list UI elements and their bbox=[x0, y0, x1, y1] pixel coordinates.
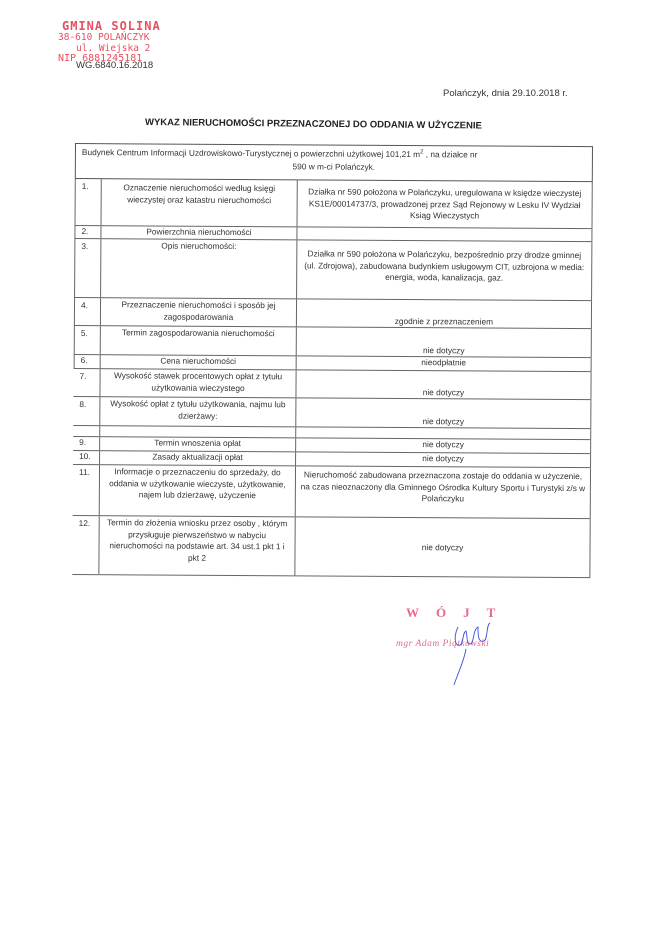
row-number: 8. bbox=[73, 397, 100, 425]
row-number: 7. bbox=[73, 369, 100, 396]
row-value: nie dotyczy bbox=[297, 327, 592, 357]
table-row: 5. Termin zagospodarowania nieruchomości… bbox=[74, 326, 592, 358]
row-label: Termin wnoszenia opłat bbox=[100, 437, 296, 451]
row-label-empty bbox=[100, 426, 296, 437]
row-value: Działka nr 590 położona w Polańczyku, be… bbox=[297, 240, 592, 300]
row-value: zgodnie z przeznaczeniem bbox=[297, 299, 592, 328]
stamp-line-2: 38-610 POLAŃCZYK bbox=[58, 33, 150, 43]
reference-number: WG.6840.16.2018 bbox=[76, 60, 153, 71]
row-label: Termin do złożenia wniosku przez osoby ,… bbox=[99, 516, 295, 575]
table-row: 1. Oznaczenie nieruchomości według księg… bbox=[74, 179, 592, 229]
header-text-post: , na działce nr bbox=[423, 149, 477, 159]
row-number: 9. bbox=[73, 437, 100, 450]
row-value bbox=[297, 227, 592, 241]
row-label: Powierzchnia nieruchomości bbox=[101, 226, 297, 239]
signature-block: WÓJT mgr Adam Piątkowski bbox=[396, 605, 566, 685]
property-description-header: Budynek Centrum Informacji Uzdrowiskowo-… bbox=[75, 143, 593, 182]
row-value: nie dotyczy bbox=[296, 438, 591, 453]
row-label: Zasady aktualizacji opłat bbox=[100, 451, 296, 465]
row-number: 1. bbox=[74, 179, 101, 225]
row-value: nieodpłatnie bbox=[297, 356, 592, 371]
row-label: Oznaczenie nieruchomości według księgi w… bbox=[101, 179, 297, 226]
table-row: 3. Opis nieruchomości: Działka nr 590 po… bbox=[74, 239, 592, 301]
row-number: 5. bbox=[74, 326, 101, 354]
row-number: 4. bbox=[74, 298, 101, 325]
property-table: Budynek Centrum Informacji Uzdrowiskowo-… bbox=[72, 143, 593, 578]
row-label: Termin zagospodarowania nieruchomości bbox=[101, 326, 297, 355]
table-row: 4. Przeznaczenie nieruchomości i sposób … bbox=[74, 298, 592, 329]
row-number: 6. bbox=[74, 355, 101, 368]
row-number: 10. bbox=[73, 451, 100, 464]
row-value: nie dotyczy bbox=[296, 398, 591, 428]
place-date: Polańczyk, dnia 29.10.2018 r. bbox=[443, 88, 568, 99]
row-value: Działka nr 590 położona w Polańczyku, ur… bbox=[297, 180, 592, 228]
table-row: 12. Termin do złożenia wniosku przez oso… bbox=[72, 516, 590, 578]
table-row: 7. Wysokość stawek procentowych opłat z … bbox=[73, 369, 591, 400]
row-number: 11. bbox=[73, 465, 100, 515]
table-rows: 1. Oznaczenie nieruchomości według księg… bbox=[72, 179, 592, 578]
row-value-empty bbox=[296, 427, 591, 439]
header-line-2: 590 w m-ci Polańczyk. bbox=[82, 159, 586, 175]
row-number: 3. bbox=[74, 239, 101, 297]
row-label: Wysokość opłat z tytułu użytkowania, naj… bbox=[100, 397, 296, 426]
row-number: 12. bbox=[72, 516, 99, 574]
row-number-empty bbox=[73, 426, 100, 436]
row-label: Cena nieruchomości bbox=[101, 355, 297, 369]
table-row: 11. Informacje o przeznaczeniu do sprzed… bbox=[73, 465, 591, 519]
row-value: nie dotyczy bbox=[295, 517, 590, 577]
row-value: Nieruchomość zabudowana przeznaczona zos… bbox=[296, 466, 591, 518]
stamp-line-1: GMINA SOLINA bbox=[62, 20, 161, 32]
document-title: WYKAZ NIERUCHOMOŚCI PRZEZNACZONEJ DO ODD… bbox=[145, 117, 482, 132]
row-label: Opis nieruchomości: bbox=[101, 239, 297, 298]
header-text: Budynek Centrum Informacji Uzdrowiskowo-… bbox=[82, 147, 420, 159]
row-value: nie dotyczy bbox=[296, 452, 591, 467]
handwritten-signature bbox=[396, 605, 566, 695]
table-row: 8. Wysokość opłat z tytułu użytkowania, … bbox=[73, 397, 591, 429]
row-label: Informacje o przeznaczeniu do sprzedaży,… bbox=[100, 465, 296, 516]
row-number: 2. bbox=[74, 226, 101, 238]
row-label: Przeznaczenie nieruchomości i sposób jej… bbox=[101, 298, 297, 326]
row-label: Wysokość stawek procentowych opłat z tyt… bbox=[100, 369, 296, 397]
row-value: nie dotyczy bbox=[296, 370, 591, 399]
